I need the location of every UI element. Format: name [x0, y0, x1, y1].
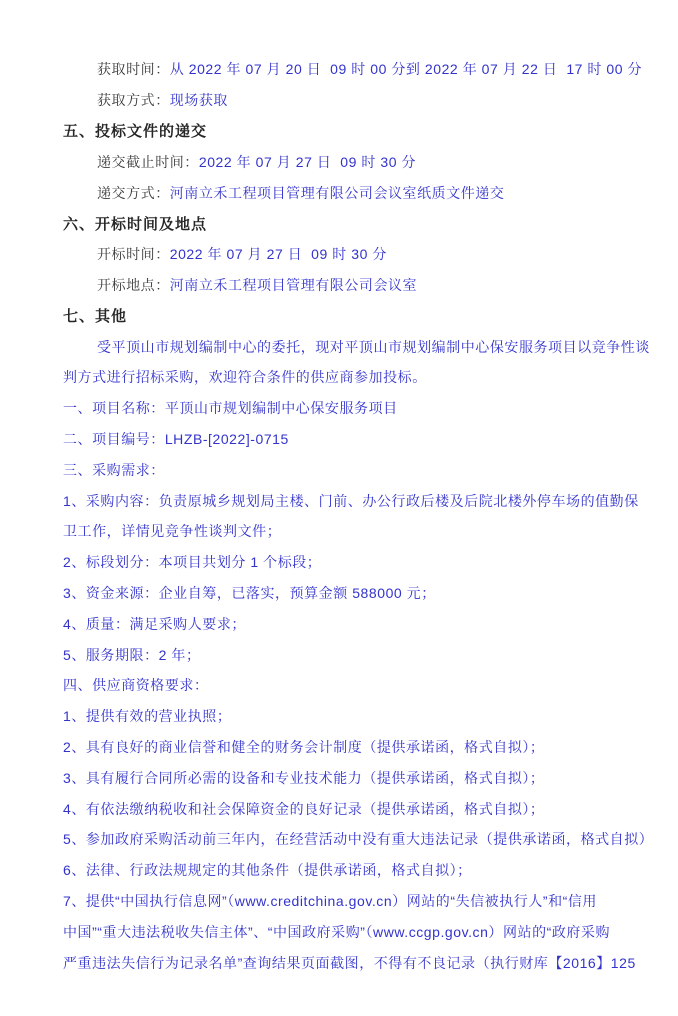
body-line-text: 卫工作，详情见竞争性谈判文件；: [63, 521, 281, 541]
body-line-text: 3、具有履行合同所必需的设备和专业技术能力（提供承诺函，格式自拟）；: [63, 768, 544, 788]
detail-label: 开标时间：: [97, 244, 170, 264]
section-heading-text: 五、投标文件的递交: [63, 120, 207, 141]
detail-line: 递交截止时间：2022 年 07 月 27 日 09 时 30 分: [63, 146, 642, 177]
detail-label: 获取方式：: [97, 90, 170, 110]
body-line-text: 三、采购需求：: [63, 460, 165, 480]
body-line: 5、参加政府采购活动前三年内，在经营活动中没有重大违法记录（提供承诺函，格式自拟…: [63, 824, 642, 855]
body-line-text: 二、项目编号：LHZB-[2022]-0715: [63, 429, 289, 449]
body-line: 6、法律、行政法规规定的其他条件（提供承诺函，格式自拟）；: [63, 855, 642, 886]
body-line-text: 四、供应商资格要求：: [63, 675, 209, 695]
detail-value: 2022 年 07 月 27 日 09 时 30 分: [199, 152, 416, 172]
body-line-text: 判方式进行招标采购，欢迎符合条件的供应商参加投标。: [63, 367, 427, 387]
body-line: 4、有依法缴纳税收和社会保障资金的良好记录（提供承诺函，格式自拟）；: [63, 793, 642, 824]
body-line-text: 严重违法失信行为记录名单”查询结果页面截图，不得有不良记录（执行财库【2016】…: [63, 953, 636, 973]
body-line: 1、采购内容：负责原城乡规划局主楼、门前、办公行政后楼及后院北楼外停车场的值勤保: [63, 485, 642, 516]
detail-label: 获取时间：: [97, 59, 170, 79]
body-line-text: 中国”“重大违法税收失信主体”、“中国政府采购”（www.ccgp.gov.cn…: [63, 922, 610, 942]
detail-line: 递交方式：河南立禾工程项目管理有限公司会议室纸质文件递交: [63, 177, 642, 208]
body-line-text: 2、具有良好的商业信誉和健全的财务会计制度（提供承诺函，格式自拟）；: [63, 737, 544, 757]
body-line: 7、提供“中国执行信息网”（www.creditchina.gov.cn）网站的…: [63, 886, 642, 917]
body-line-text: 2、标段划分：本项目共划分 1 个标段；: [63, 552, 321, 572]
detail-line: 获取时间：从 2022 年 07 月 20 日 09 时 00 分到 2022 …: [63, 54, 642, 85]
body-line: 5、服务期限：2 年；: [63, 639, 642, 670]
body-line: 四、供应商资格要求：: [63, 670, 642, 701]
body-line: 判方式进行招标采购，欢迎符合条件的供应商参加投标。: [63, 362, 642, 393]
body-line-text: 一、项目名称：平顶山市规划编制中心保安服务项目: [63, 398, 398, 418]
detail-value: 现场获取: [170, 90, 228, 110]
body-line-text: 4、质量：满足采购人要求；: [63, 614, 246, 634]
detail-line: 获取方式：现场获取: [63, 85, 642, 116]
body-line: 2、标段划分：本项目共划分 1 个标段；: [63, 547, 642, 578]
section-heading-text: 六、开标时间及地点: [63, 213, 207, 234]
body-line-text: 4、有依法缴纳税收和社会保障资金的良好记录（提供承诺函，格式自拟）；: [63, 799, 544, 819]
detail-label: 开标地点：: [97, 275, 170, 295]
body-line: 卫工作，详情见竞争性谈判文件；: [63, 516, 642, 547]
body-line: 严重违法失信行为记录名单”查询结果页面截图，不得有不良记录（执行财库【2016】…: [63, 947, 642, 978]
body-line-text: 1、采购内容：负责原城乡规划局主楼、门前、办公行政后楼及后院北楼外停车场的值勤保: [63, 491, 639, 511]
detail-value: 河南立禾工程项目管理有限公司会议室纸质文件递交: [170, 183, 505, 203]
document-body: 获取时间：从 2022 年 07 月 20 日 09 时 00 分到 2022 …: [0, 0, 678, 978]
detail-label: 递交方式：: [97, 183, 170, 203]
document-page: 获取时间：从 2022 年 07 月 20 日 09 时 00 分到 2022 …: [0, 0, 678, 1016]
body-line: 三、采购需求：: [63, 454, 642, 485]
detail-value: 2022 年 07 月 27 日 09 时 30 分: [170, 244, 387, 264]
body-line: 二、项目编号：LHZB-[2022]-0715: [63, 424, 642, 455]
detail-label: 递交截止时间：: [97, 152, 199, 172]
detail-value: 河南立禾工程项目管理有限公司会议室: [170, 275, 417, 295]
detail-line: 开标时间：2022 年 07 月 27 日 09 时 30 分: [63, 239, 642, 270]
body-line: 受平顶山市规划编制中心的委托，现对平顶山市规划编制中心保安服务项目以竞争性谈: [63, 331, 642, 362]
body-line-text: 5、服务期限：2 年；: [63, 645, 201, 665]
body-line-text: 6、法律、行政法规规定的其他条件（提供承诺函，格式自拟）；: [63, 860, 472, 880]
detail-line: 开标地点：河南立禾工程项目管理有限公司会议室: [63, 270, 642, 301]
body-line: 3、具有履行合同所必需的设备和专业技术能力（提供承诺函，格式自拟）；: [63, 762, 642, 793]
body-line: 中国”“重大违法税收失信主体”、“中国政府采购”（www.ccgp.gov.cn…: [63, 916, 642, 947]
body-line-text: 受平顶山市规划编制中心的委托，现对平顶山市规划编制中心保安服务项目以竞争性谈: [97, 337, 650, 357]
detail-value: 从 2022 年 07 月 20 日 09 时 00 分到 2022 年 07 …: [170, 59, 642, 79]
section-heading: 七、其他: [63, 300, 642, 331]
body-line-text: 1、提供有效的营业执照；: [63, 706, 231, 726]
body-line: 4、质量：满足采购人要求；: [63, 608, 642, 639]
section-heading-text: 七、其他: [63, 305, 127, 326]
section-heading: 五、投标文件的递交: [63, 116, 642, 147]
body-line-text: 3、资金来源：企业自筹，已落实，预算金额 588000 元；: [63, 583, 436, 603]
body-line-text: 5、参加政府采购活动前三年内，在经营活动中没有重大违法记录（提供承诺函，格式自拟…: [63, 829, 653, 849]
body-line-text: 7、提供“中国执行信息网”（www.creditchina.gov.cn）网站的…: [63, 891, 597, 911]
body-line: 1、提供有效的营业执照；: [63, 701, 642, 732]
body-line: 一、项目名称：平顶山市规划编制中心保安服务项目: [63, 393, 642, 424]
body-line: 3、资金来源：企业自筹，已落实，预算金额 588000 元；: [63, 578, 642, 609]
body-line: 2、具有良好的商业信誉和健全的财务会计制度（提供承诺函，格式自拟）；: [63, 732, 642, 763]
section-heading: 六、开标时间及地点: [63, 208, 642, 239]
